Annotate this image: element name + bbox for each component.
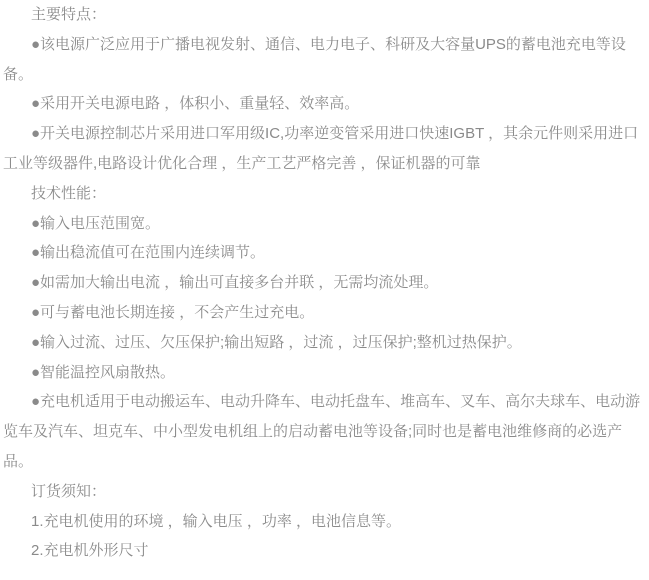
bullet-protection-features: ●输入过流、过压、欠压保护;输出短路 ，过流 ，过压保护;整机过热保护。 — [3, 328, 641, 358]
bullet-output-current-adjustable: ●输出稳流值可在范围内连续调节。 — [3, 238, 641, 268]
order-note-environment: 1.充电机使用的环境 ，输入电压 ，功率 ，电池信息等。 — [3, 507, 641, 537]
section-heading-technical-performance: 技术性能： — [3, 179, 641, 209]
bullet-smart-fan-cooling: ●智能温控风扇散热。 — [3, 358, 641, 388]
bullet-parallel-output: ●如需加大输出电流 ，输出可直接多台并联 ，无需均流处理。 — [3, 268, 641, 298]
order-note-dimensions: 2.充电机外形尺寸 — [3, 536, 641, 566]
product-description-page: 主要特点： ●该电源广泛应用于广播电视发射、通信、电力电子、科研及大容量UPS的… — [0, 0, 649, 566]
bullet-input-voltage-range: ●输入电压范围宽。 — [3, 209, 641, 239]
section-heading-order-notes: 订货须知： — [3, 477, 641, 507]
section-heading-main-features: 主要特点： — [3, 0, 641, 30]
bullet-long-term-connection: ●可与蓄电池长期连接 ，不会产生过充电。 — [3, 298, 641, 328]
bullet-application-scope: ●该电源广泛应用于广播电视发射、通信、电力电子、科研及大容量UPS的蓄电池充电等… — [3, 30, 641, 90]
bullet-applicable-vehicles: ●充电机适用于电动搬运车、电动升降车、电动托盘车、堆高车、叉车、高尔夫球车、电动… — [3, 387, 641, 476]
bullet-imported-components: ●开关电源控制芯片采用进口军用级IC,功率逆变管采用进口快速IGBT ，其余元件… — [3, 119, 641, 179]
bullet-switching-circuit: ●采用开关电源电路 ，体积小、重量轻、效率高。 — [3, 89, 641, 119]
